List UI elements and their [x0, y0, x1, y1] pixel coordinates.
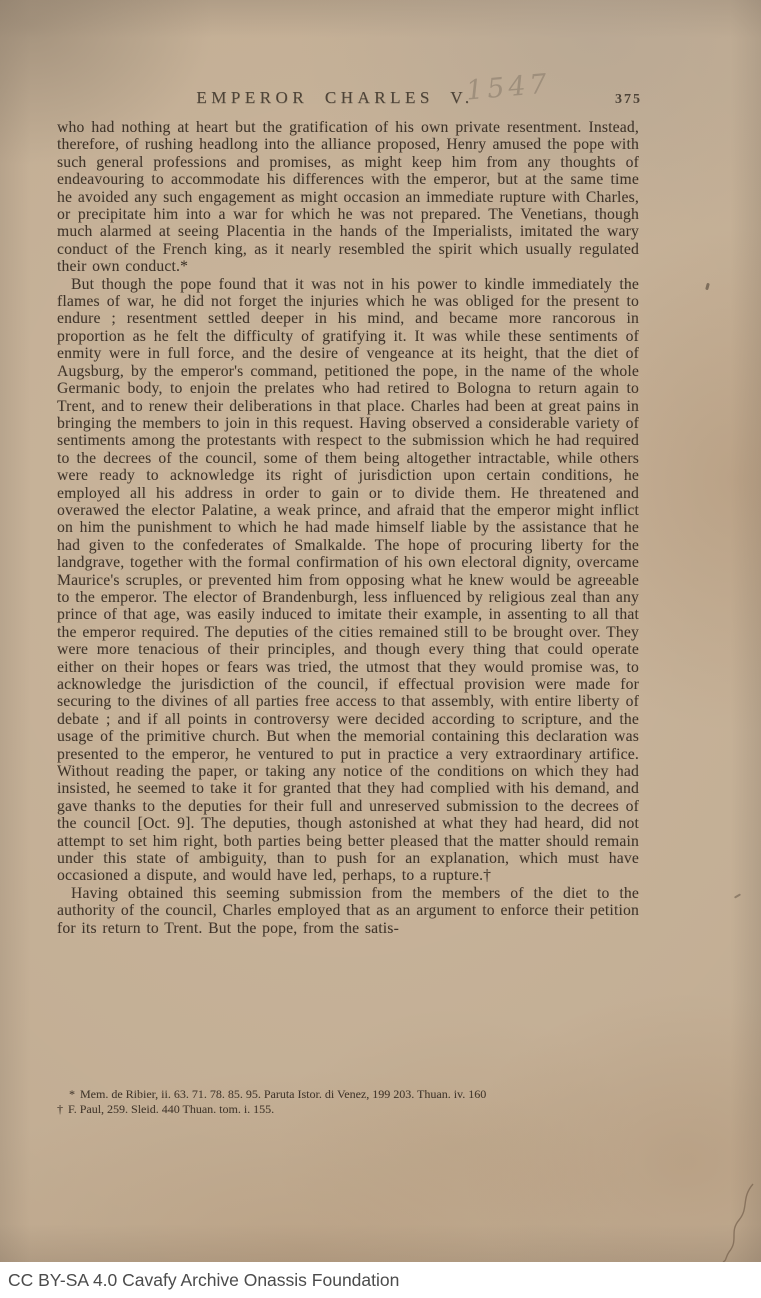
paper-speck [734, 893, 741, 898]
scanned-page: EMPEROR CHARLES V. 1547 375 who had noth… [0, 0, 761, 1262]
footnote-line: †F. Paul, 259. Sleid. 440 Thuan. tom. i.… [57, 1102, 647, 1117]
footnote-text: F. Paul, 259. Sleid. 440 Thuan. tom. i. … [68, 1102, 274, 1116]
paper-tear-mark [695, 1182, 761, 1262]
page-number: 375 [615, 92, 642, 108]
license-attribution-bar: CC BY-SA 4.0 Cavafy Archive Onassis Foun… [0, 1262, 761, 1298]
paragraph: Having obtained this seeming submission … [57, 885, 639, 937]
paper-speck [705, 283, 710, 291]
paragraph: But though the pope found that it was no… [57, 276, 639, 885]
paragraph: who had nothing at heart but the gratifi… [57, 119, 639, 276]
footnote-line: *Mem. de Ribier, ii. 63. 71. 78. 85. 95.… [57, 1087, 647, 1102]
license-text: CC BY-SA 4.0 Cavafy Archive Onassis Foun… [8, 1270, 399, 1291]
footnote-marker: * [69, 1087, 75, 1101]
book-page-scan-view: EMPEROR CHARLES V. 1547 375 who had noth… [0, 0, 761, 1298]
footnote-marker: † [57, 1102, 63, 1116]
footnote-text: Mem. de Ribier, ii. 63. 71. 78. 85. 95. … [80, 1087, 486, 1101]
footnotes: *Mem. de Ribier, ii. 63. 71. 78. 85. 95.… [57, 1087, 647, 1116]
body-text: who had nothing at heart but the gratifi… [57, 119, 639, 937]
